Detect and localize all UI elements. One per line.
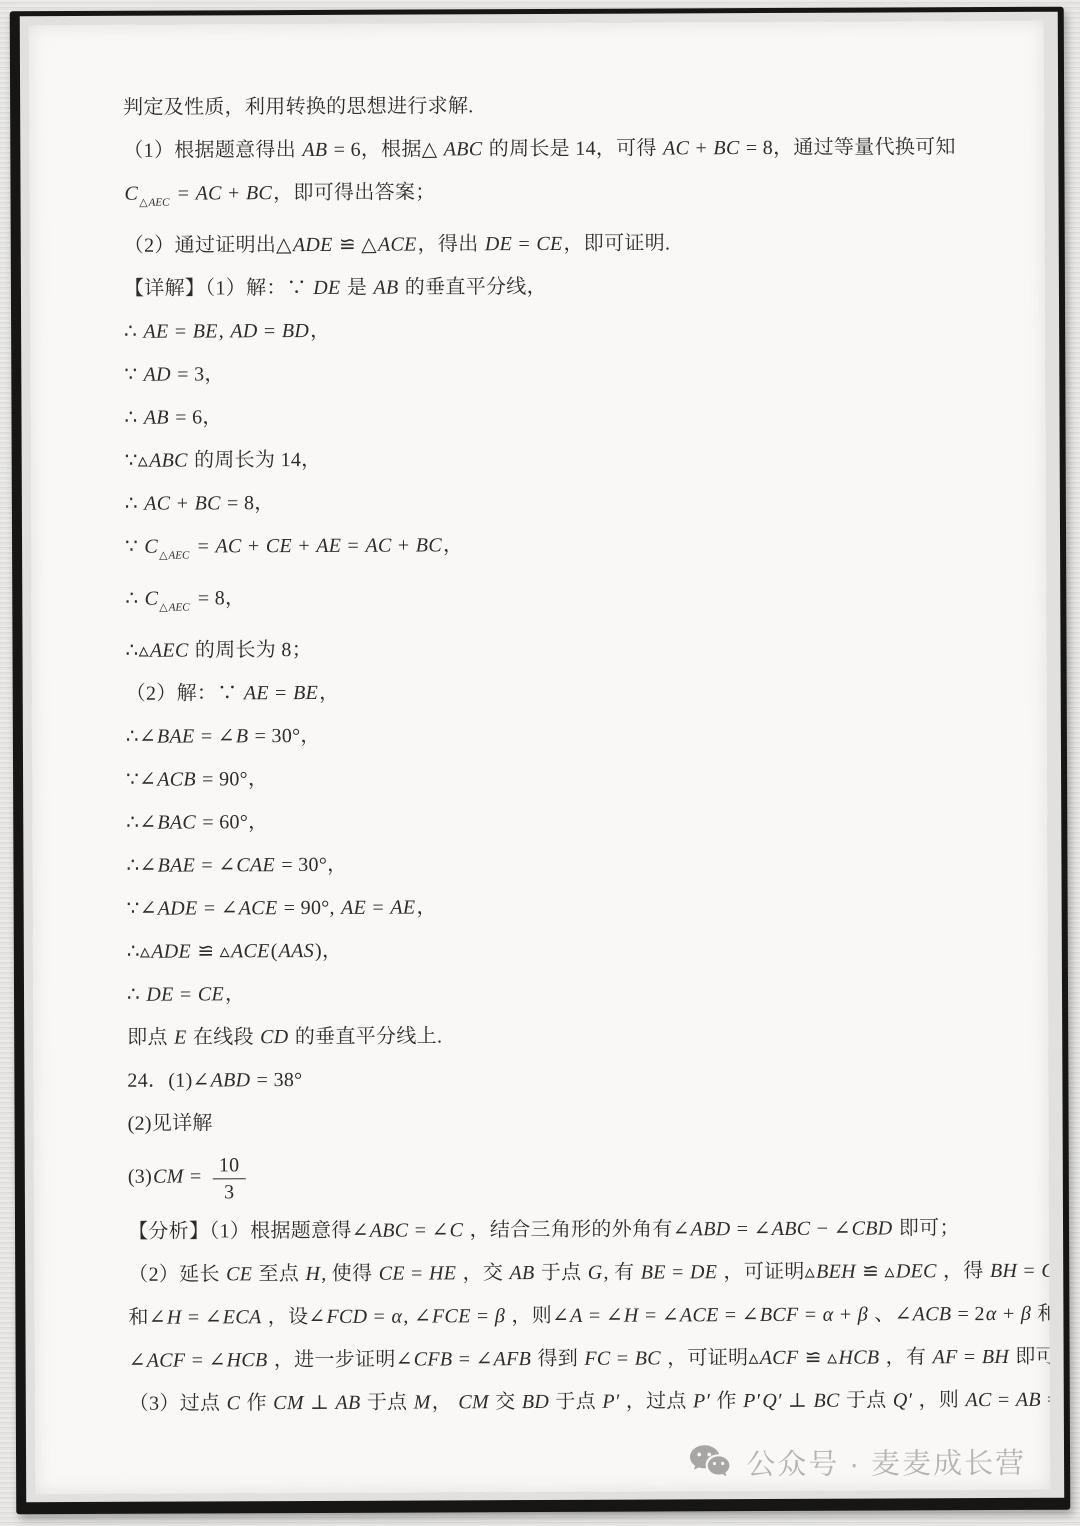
document-line: ∴ C△AEC = 8， — [125, 582, 1006, 621]
document-line: ∴∠BAE = ∠CAE = 30°， — [126, 849, 1007, 879]
document-line: (3)CM = 103 — [128, 1150, 1009, 1205]
document-line: 24．(1)∠ABD = 38° — [127, 1064, 1008, 1094]
document-line: ∵▵ABC 的周长为 14， — [125, 444, 1006, 474]
document-line: （3）过点 C 作 CM ⊥ AB 于点 M， CM 交 BD 于点 P′ ，过… — [129, 1387, 1010, 1417]
document-line: （2）通过证明出△ADE ≌ △ACE，得出 DE = CE，即可证明. — [124, 229, 1005, 259]
document-line: ∴∠BAC = 60°， — [126, 806, 1007, 836]
document-line: ∴▵AEC 的周长为 8； — [125, 634, 1006, 664]
document-line: C△AEC = AC + BC，即可得出答案； — [123, 177, 1004, 216]
document-line: ∵ C△AEC = AC + CE + AE = AC + BC， — [125, 530, 1006, 569]
document-line: 判定及性质，利用转换的思想进行求解. — [123, 91, 1004, 121]
document-line: ∵∠ADE = ∠ACE = 90°, AE = AE， — [127, 892, 1008, 922]
document-line: ∠ACF = ∠HCB ，进一步证明∠CFB = ∠AFB 得到 FC = BC… — [129, 1344, 1010, 1374]
document-line: 和∠H = ∠ECA ，设∠FCD = α, ∠FCE = β ，则∠A = ∠… — [128, 1301, 1009, 1331]
document-line: ∴∠BAE = ∠B = 30°， — [126, 720, 1007, 750]
photo-frame: 判定及性质，利用转换的思想进行求解.（1）根据题意得出 AB = 6，根据△ A… — [10, 7, 1071, 1515]
document-line: (2)见详解 — [128, 1107, 1009, 1137]
document-line: ∵ AD = 3， — [124, 358, 1005, 388]
document-line: ∴ AE = BE, AD = BD， — [124, 315, 1005, 345]
document-line: （2）延长 CE 至点 H, 使得 CE = HE ，交 AB 于点 G, 有 … — [128, 1258, 1009, 1288]
document-line: ∴ AC + BC = 8， — [125, 487, 1006, 517]
document-line: ∴ AB = 6， — [124, 401, 1005, 431]
document-line: （2）解：∵ AE = BE， — [126, 677, 1007, 707]
watermark: 公众号 · 麦麦成长营 — [688, 1441, 1026, 1483]
document-line: （1）根据题意得出 AB = 6，根据△ ABC 的周长是 14，可得 AC +… — [123, 134, 1004, 164]
watermark-text: 公众号 · 麦麦成长营 — [746, 1441, 1026, 1483]
wechat-icon — [688, 1444, 734, 1482]
document-line: ∵∠ACB = 90°， — [126, 763, 1007, 793]
document-line: ∴ DE = CE， — [127, 978, 1008, 1008]
document-line: ∴▵ADE ≌ ▵ACE(AAS)， — [127, 935, 1008, 965]
page-background: { "document": { "lines": [ {"text": "判定及… — [0, 0, 1080, 1526]
document-content: 判定及性质，利用转换的思想进行求解.（1）根据题意得出 AB = 6，根据△ A… — [123, 91, 1010, 1434]
document-line: 【分析】（1）根据题意得∠ABC = ∠C ，结合三角形的外角有∠ABD = ∠… — [128, 1215, 1009, 1245]
document-page: 判定及性质，利用转换的思想进行求解.（1）根据题意得出 AB = 6，根据△ A… — [29, 21, 1050, 1494]
document-line: 即点 E 在线段 CD 的垂直平分线上. — [127, 1021, 1008, 1051]
document-line: 【详解】（1）解：∵ DE 是 AB 的垂直平分线， — [124, 272, 1005, 302]
